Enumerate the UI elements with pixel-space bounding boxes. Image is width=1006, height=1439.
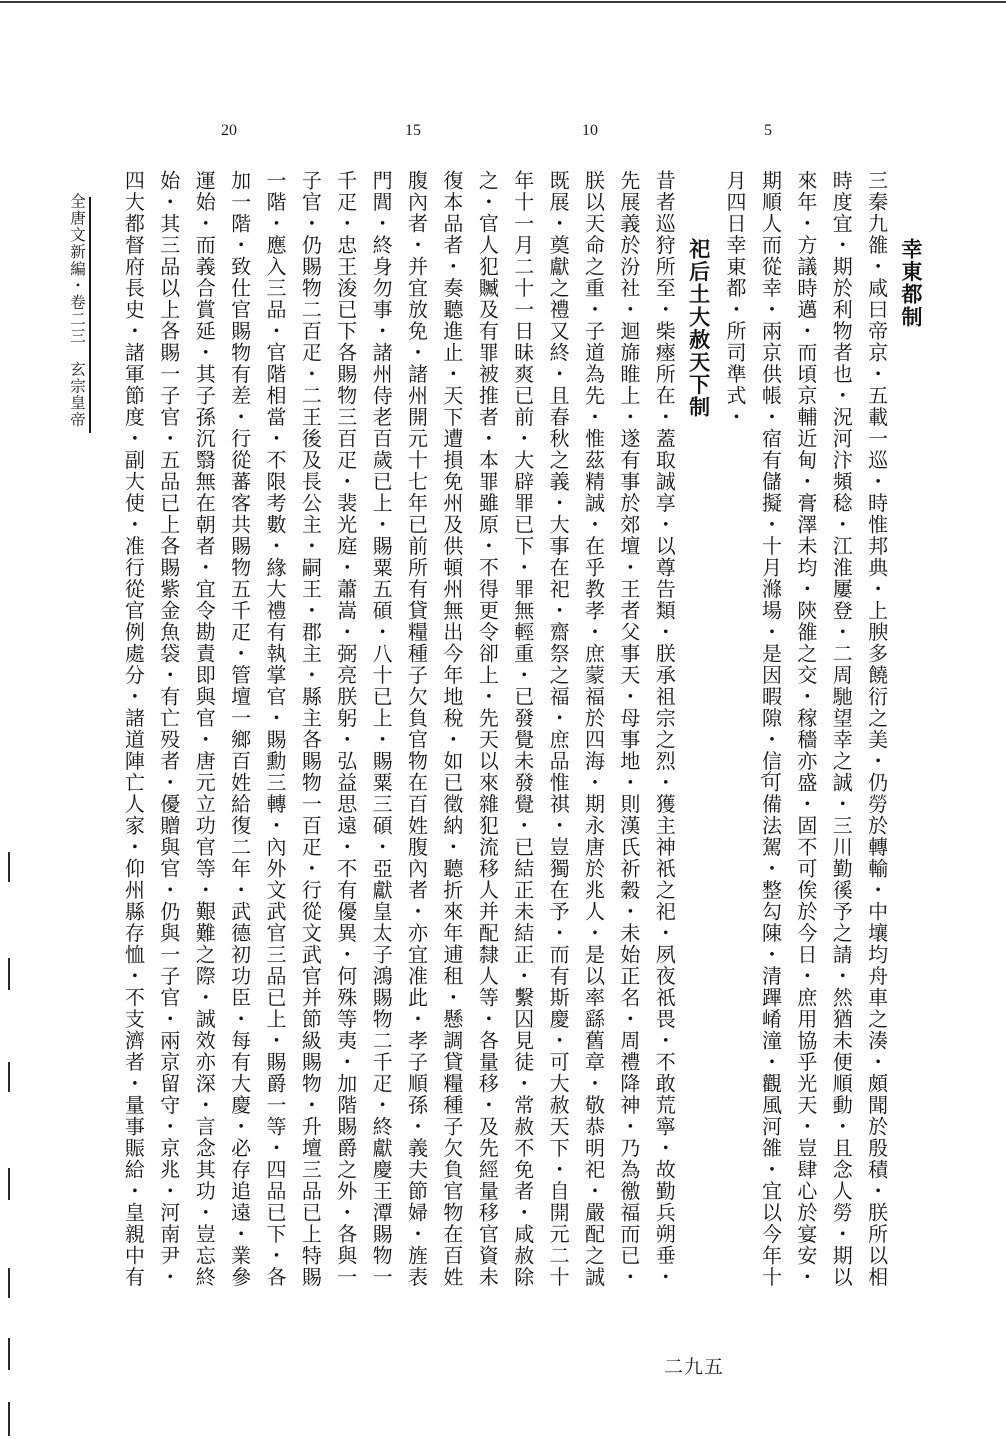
line-number-5: 5 (753, 122, 783, 140)
scan-top-edge (0, 1, 1006, 3)
text-column: 年十一月二十一日昧爽已前・大辟罪已下・罪無輕重・已發覺未發覺・已結正未結正・繫囚… (504, 170, 539, 1298)
text-column: 月四日幸東都・所司準式・ (717, 170, 752, 1298)
scan-artifact-mark (8, 958, 10, 990)
text-column: 之・官人犯贓及有罪被推者・本罪雖原・不得更令卻上・先天以來雜犯流移人并配隸人等・… (469, 170, 504, 1298)
scan-artifact-mark (8, 1062, 10, 1092)
text-column: 朕以天命之重・子道為先・惟茲精誠・在乎教孝・庶蒙福於四海・期永唐於兆人・是以率繇… (575, 170, 610, 1298)
text-column: 期順人而從幸・兩京供帳・宿有儲擬・十月滌場・是因暇隙・信可備法駕・整勾陳・清蹕崤… (752, 170, 787, 1298)
text-column: 腹內者・并宜放免・諸州開元十七年已前所有貸糧種子欠負官物在百姓腹內者・亦宜准此・… (398, 170, 433, 1298)
text-column: 來年・方議時邁・而頃京輔近甸・膏澤未均・陝雒之交・稼穡亦盛・固不可俟於今日・庶用… (787, 170, 822, 1298)
text-column: 昔者巡狩所至・柴瘞所在・蓋取誠享・以尊告類・朕承祖宗之烈・獲主神祇之祀・夙夜祇畏… (646, 170, 681, 1298)
pen-tick-mark-icon (760, 770, 772, 780)
scan-artifact-mark (8, 1268, 10, 1298)
line-number-10: 10 (575, 122, 605, 140)
text-column: 四大都督府長史・諸軍節度・副大使・准行從官例處分・諸道陣亡人家・仰州縣存恤・不支… (115, 170, 150, 1298)
text-column: 門閭・終身勿事・諸州侍老百歲已上・賜粟五碩・八十已上・賜粟三碩・亞獻皇太子鴻賜物… (363, 170, 398, 1298)
section-title: 祀后土大赦天下制 (681, 170, 716, 1298)
text-column: 先展義於汾社・迴旆睢上・遂有事於郊壇・王者父事天・母事地・則漢氏祈穀・未始正名・… (610, 170, 645, 1298)
text-column: 既展・奠獻之禮又終・且春秋之義・大事在祀・齋祭之福・庶品惟祺・豈獨在予・而有斯慶… (540, 170, 575, 1298)
running-header: 全唐文新編・卷二三 玄宗皇帝 (66, 193, 88, 428)
scan-artifact-mark (8, 852, 10, 882)
text-column: 時度宜・期於利物者也・況河汴頻稔・江淮屢登・二周馳望幸之誠・三川勤徯予之請・然猶… (823, 170, 858, 1298)
text-column: 加一階・致仕官賜物有差・行從蕃客共賜物五千疋・管壇一鄉百姓給復二年・武德初功臣・… (221, 170, 256, 1298)
section-title: 幸東都制 (894, 170, 929, 1298)
text-column: 千疋・忠王浚已下各賜物三百疋・裴光庭・蕭嵩・弼亮朕躬・弘益思遠・不有優異・何殊等… (327, 170, 362, 1298)
text-column: 子官・仍賜物二百疋・二王後及長公主・嗣王・郡主・縣主各賜物一百疋・行從文武官并節… (292, 170, 327, 1298)
scan-artifact-mark (8, 1338, 10, 1370)
text-column: 運始・而義合賞延・其子孫沉翳無在朝者・宜令勘責即與官・唐元立功官等・艱難之際・誠… (186, 170, 221, 1298)
scan-artifact-mark (8, 1402, 10, 1436)
page-number: 二九五 (664, 1352, 724, 1379)
text-column: 始・其三品以上各賜一子官・五品已上各賜紫金魚袋・有亡殁者・優贈與官・仍與一子官・… (150, 170, 185, 1298)
running-header-rule (89, 197, 91, 433)
text-column: 復本品者・奏聽進止・天下遭損免州及供頓州無出今年地稅・如已徵納・聽折來年逋租・懸… (434, 170, 469, 1298)
scan-artifact-mark (8, 1168, 10, 1200)
line-number-15: 15 (398, 122, 428, 140)
text-column: 一階・應入三品・官階相當・不限考數・緣大禮有執掌官・賜勳三轉・內外文武官三品已上… (257, 170, 292, 1298)
text-column: 三秦九雒・咸曰帝京・五載一巡・時惟邦典・上腴多饒衍之美・仍勞於轉輸・中壤均舟車之… (858, 170, 893, 1298)
line-number-20: 20 (214, 122, 244, 140)
vertical-text-body: 幸東都制 三秦九雒・咸曰帝京・五載一巡・時惟邦典・上腴多饒衍之美・仍勞於轉輸・中… (114, 170, 929, 1300)
